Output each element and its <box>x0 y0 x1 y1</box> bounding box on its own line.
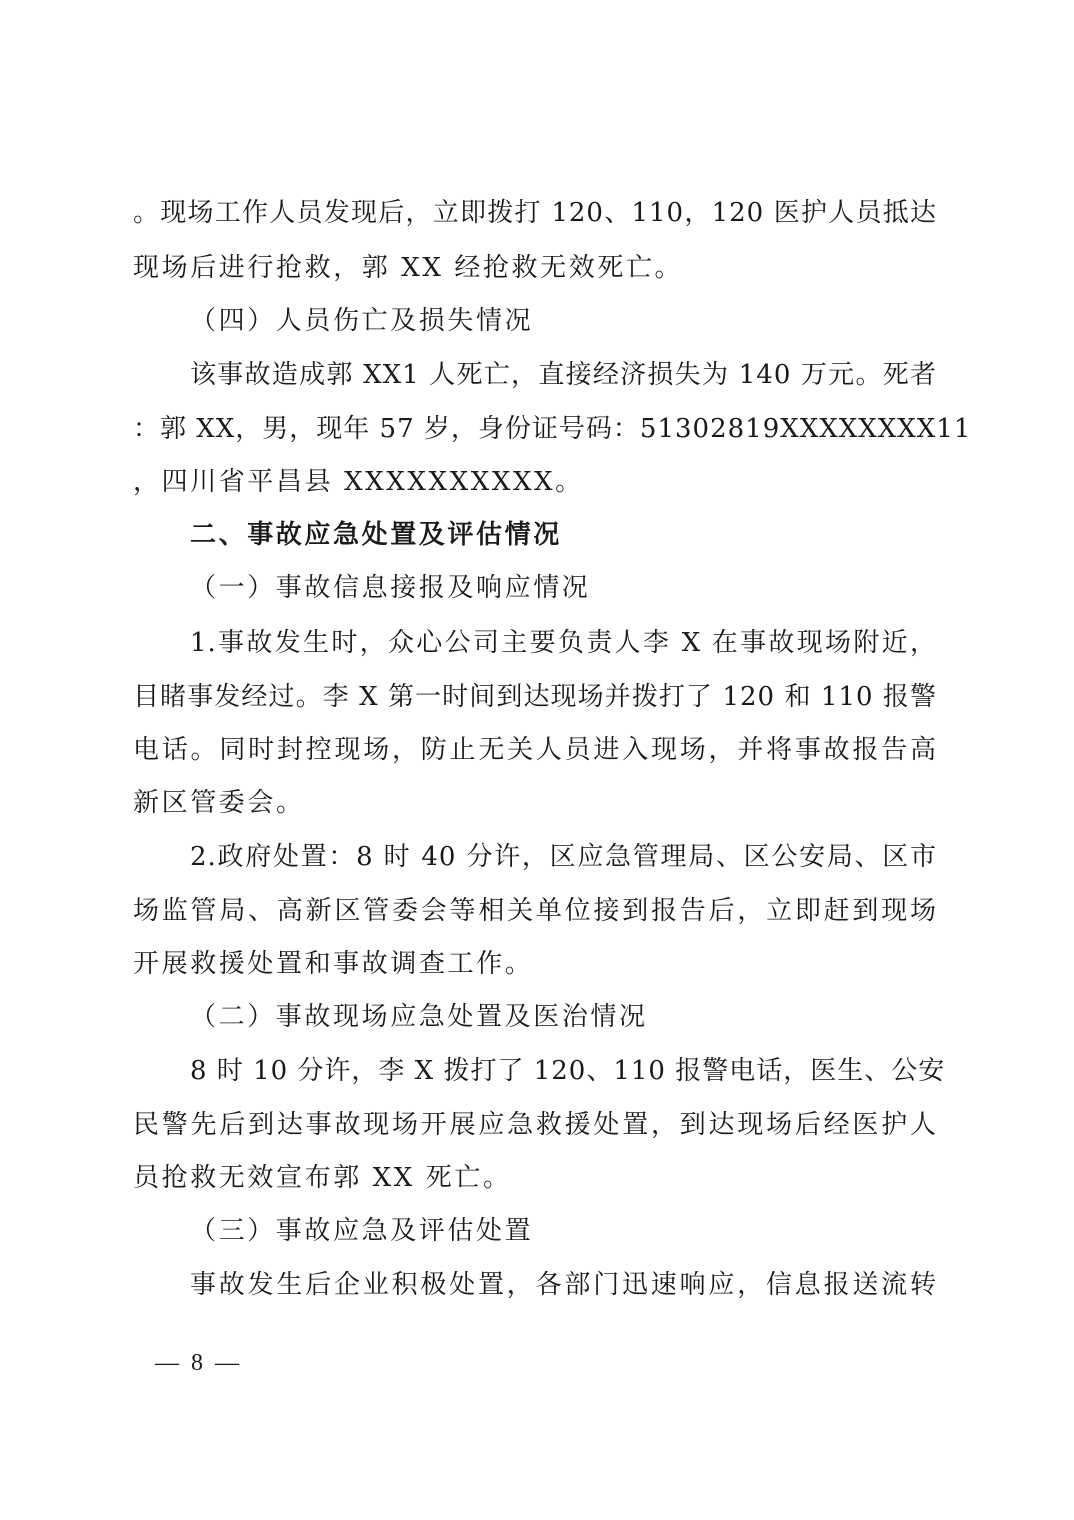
section-heading-casualties: （四）人员伤亡及损失情况 <box>190 301 937 341</box>
text-line: 员抢救无效宣布郭 XX 死亡。 <box>133 1158 937 1198</box>
text-line: 民警先后到达事故现场开展应急救援处置，到达现场后经医护人 <box>133 1105 937 1145</box>
text-line: 8 时 10 分许，李 X 拨打了 120、110 报警电话，医生、公安 <box>190 1051 937 1091</box>
section-heading-onsite-response: （二）事故现场应急处置及医治情况 <box>190 997 937 1037</box>
text-line: 事故发生后企业积极处置，各部门迅速响应，信息报送流转 <box>190 1265 937 1305</box>
text-line: 。现场工作人员发现后，立即拨打 120、110，120 医护人员抵达 <box>133 193 937 233</box>
text-line: 1.事故发生时，众心公司主要负责人李 X 在事故现场附近， <box>190 623 937 663</box>
section-heading-evaluation: （三）事故应急及评估处置 <box>190 1211 937 1251</box>
page-number: — 8 — <box>155 1345 239 1381</box>
text-line: 开展救援处置和事故调查工作。 <box>133 944 937 984</box>
text-line: 场监管局、高新区管委会等相关单位接到报告后，立即赶到现场 <box>133 891 937 931</box>
text-line: ，四川省平昌县 XXXXXXXXXX。 <box>133 462 937 502</box>
section-heading-info-reporting: （一）事故信息接报及响应情况 <box>190 568 937 608</box>
text-line: ：郭 XX，男，现年 57 岁，身份证号码：51302819XXXXXXXX11 <box>133 409 937 449</box>
text-line: 目睹事发经过。李 X 第一时间到达现场并拨打了 120 和 110 报警 <box>133 677 937 717</box>
text-line: 新区管委会。 <box>133 783 937 823</box>
text-line: 电话。同时封控现场，防止无关人员进入现场，并将事故报告高 <box>133 730 937 770</box>
text-line: 该事故造成郭 XX1 人死亡，直接经济损失为 140 万元。死者 <box>190 355 937 395</box>
text-line: 2.政府处置：8 时 40 分许，区应急管理局、区公安局、区市 <box>190 837 937 877</box>
text-line: 现场后进行抢救，郭 XX 经抢救无效死亡。 <box>133 248 937 288</box>
chapter-heading-emergency-response: 二、事故应急处置及评估情况 <box>190 515 937 555</box>
document-page: 。现场工作人员发现后，立即拨打 120、110，120 医护人员抵达 现场后进行… <box>0 0 1074 1520</box>
